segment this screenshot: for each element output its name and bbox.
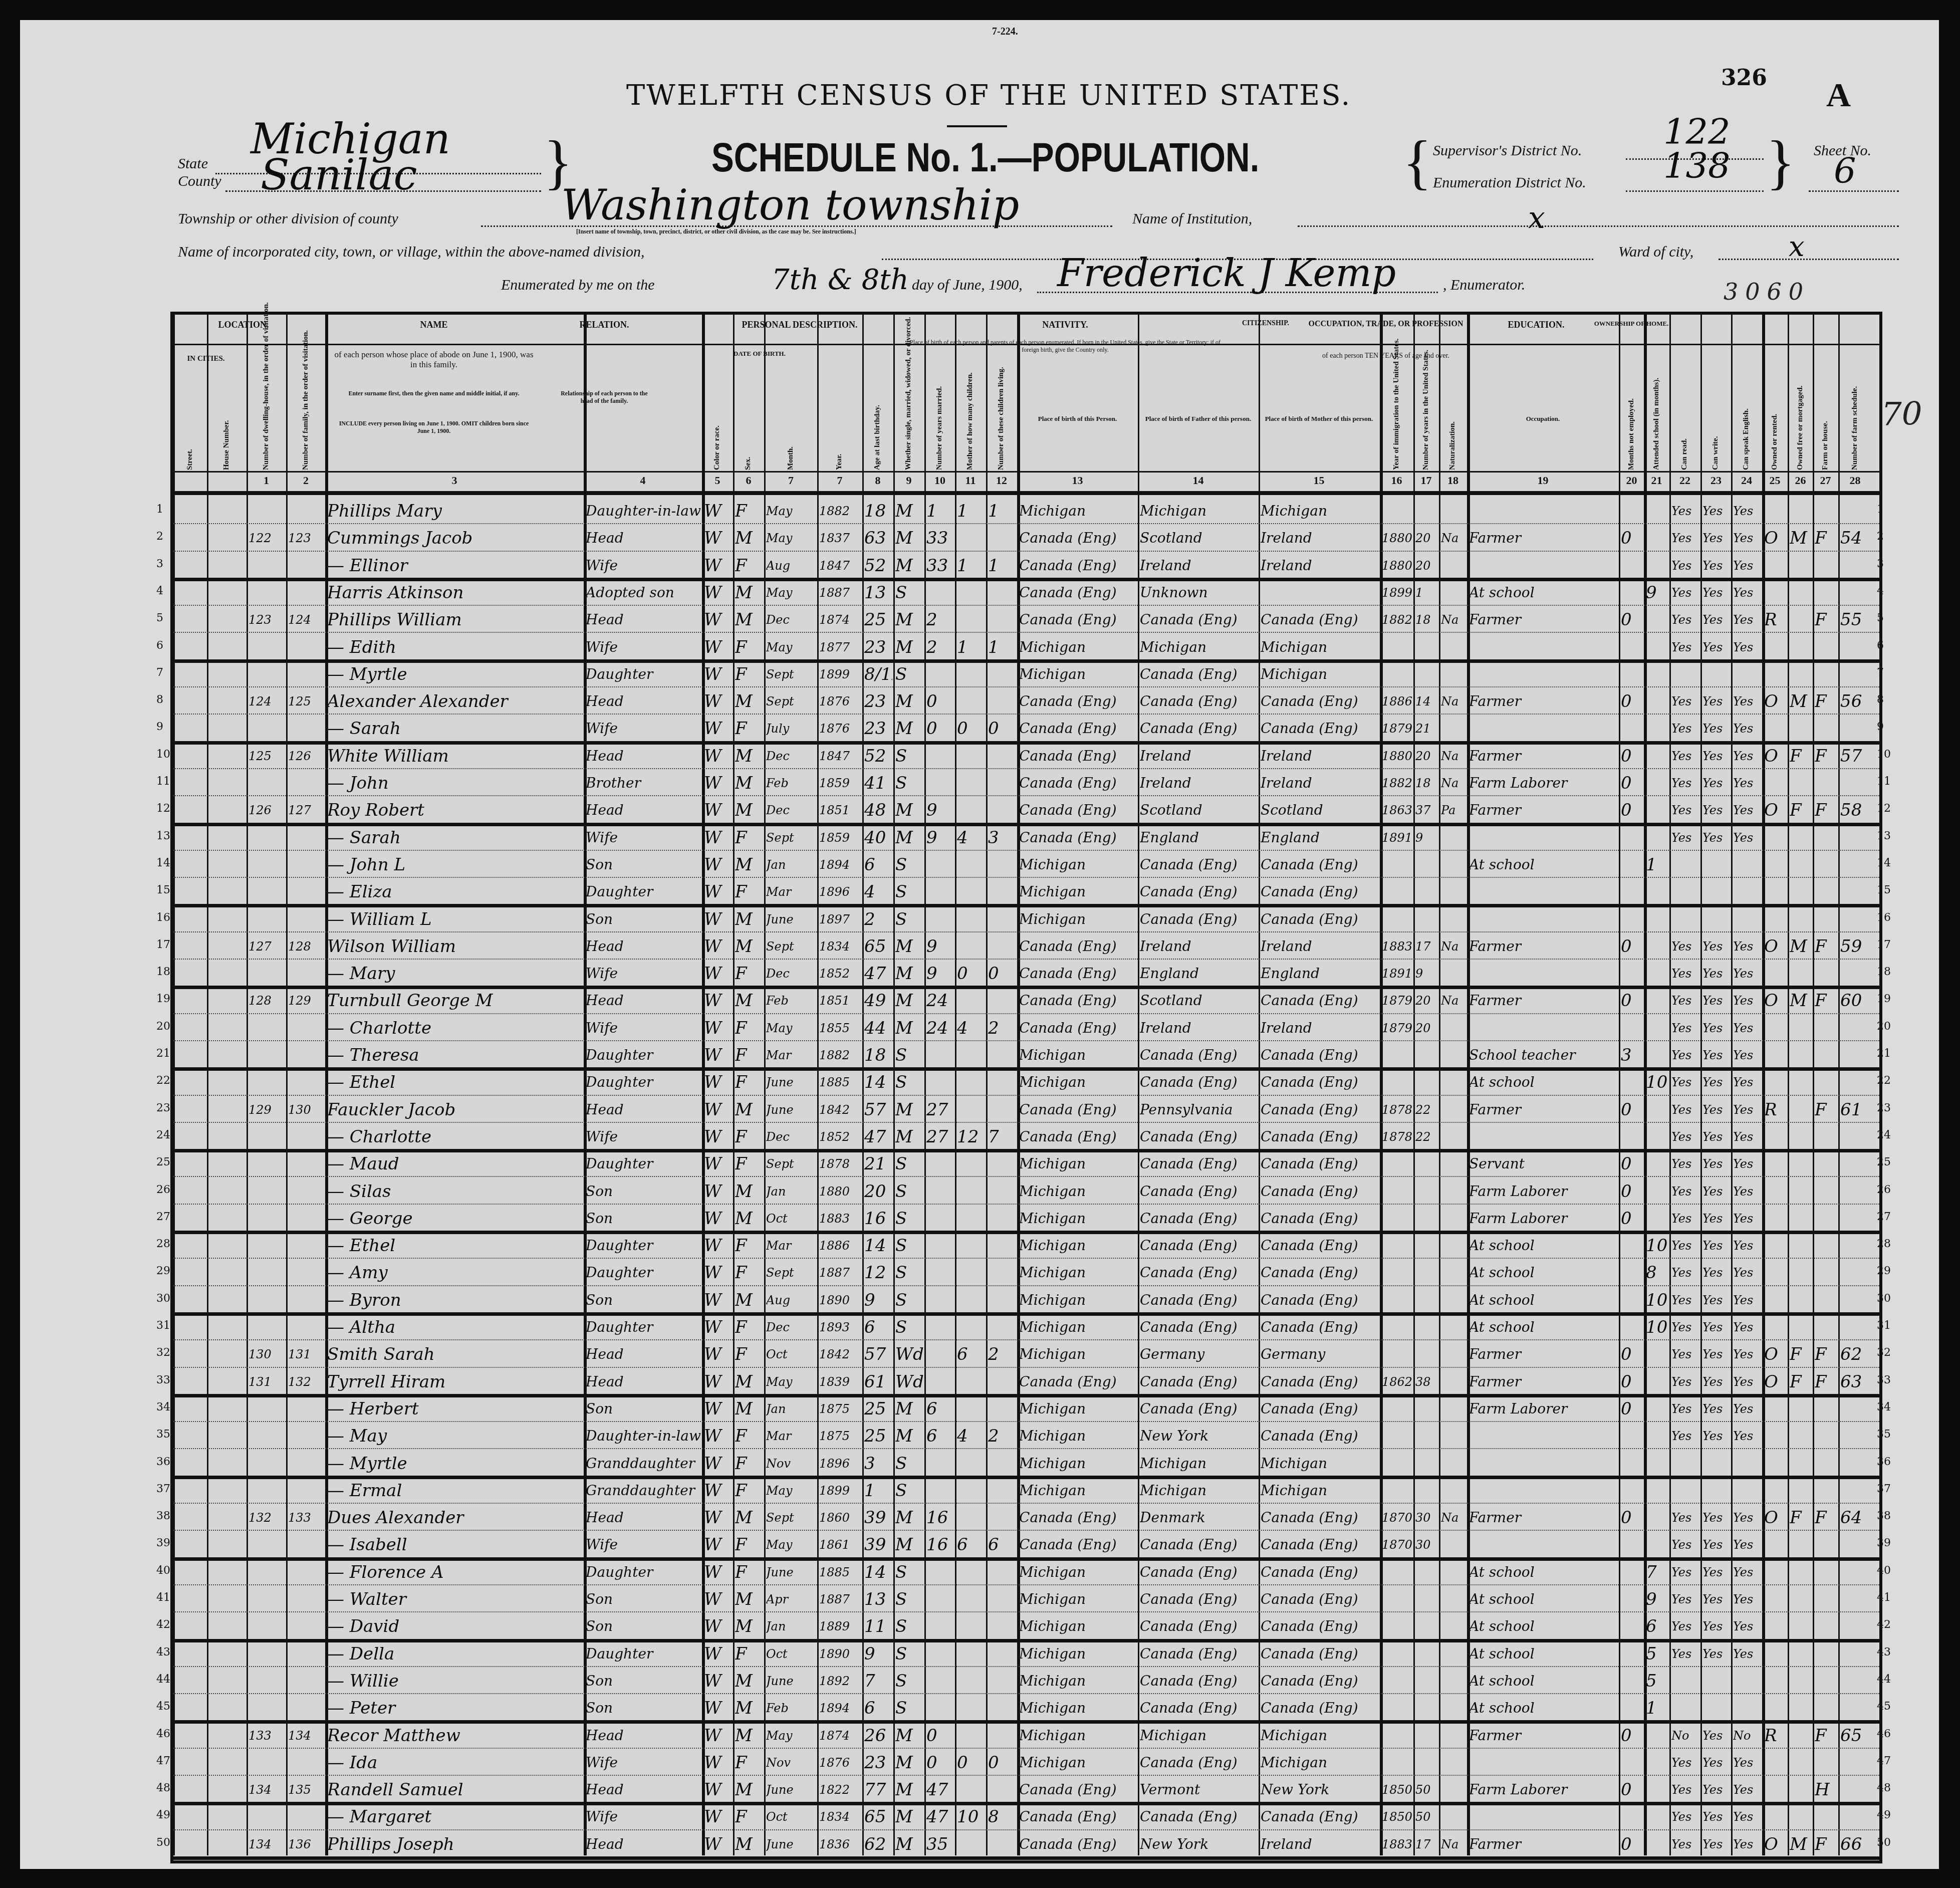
- cell-write: Yes: [1702, 525, 1731, 551]
- cell-eng: Yes: [1733, 1423, 1761, 1449]
- cell-rel: Head: [586, 797, 701, 823]
- cell-pob: Michigan: [1019, 1260, 1137, 1286]
- cell-year: 1851: [819, 797, 861, 823]
- cell-rel: Son: [586, 1586, 701, 1612]
- cell-year: 1887: [819, 580, 861, 606]
- cell-pob: Canada (Eng): [1019, 1505, 1137, 1531]
- cell-fpob: Canada (Eng): [1140, 1750, 1258, 1776]
- column-label-fpob: Place of birth of Father of this person.: [1138, 415, 1259, 423]
- cell-sex: F: [735, 1641, 763, 1667]
- cell-dw: 122: [249, 525, 285, 551]
- table-row: 2727— GeorgeSonWMOct188316SMichiganCanad…: [173, 1204, 1879, 1234]
- column-number: 16: [1380, 474, 1413, 487]
- cell-month: Jan: [766, 852, 817, 878]
- column-number: 17: [1413, 474, 1439, 487]
- cell-mpob: Michigan: [1261, 1451, 1378, 1477]
- cell-fpob: Pennsylvania: [1140, 1097, 1258, 1123]
- cell-sex: F: [735, 1559, 763, 1585]
- cell-ne: 0: [1621, 1723, 1643, 1749]
- cell-fpob: Ireland: [1140, 553, 1258, 579]
- cell-rel: Daughter: [586, 1314, 701, 1340]
- line-number: 38: [156, 1510, 170, 1522]
- cell-month: May: [766, 580, 817, 606]
- cell-mpob: England: [1261, 825, 1378, 851]
- cell-sex: M: [735, 1396, 763, 1422]
- cell-write: Yes: [1702, 580, 1731, 606]
- cell-farm: F: [1815, 1341, 1837, 1367]
- line-number-right: 20: [1877, 1020, 1891, 1033]
- cell-ms: M: [895, 1396, 923, 1422]
- cell-eng: Yes: [1733, 1314, 1761, 1340]
- cell-name: — Theresa: [327, 1042, 583, 1068]
- column-number: 8: [862, 474, 893, 487]
- cell-age: 25: [864, 607, 892, 633]
- cell-year: 1875: [819, 1423, 861, 1449]
- cell-read: Yes: [1671, 1750, 1699, 1776]
- cell-color: W: [704, 580, 732, 606]
- cell-month: June: [766, 1831, 817, 1857]
- cell-year: 1861: [819, 1532, 861, 1558]
- cell-fam: 131: [288, 1341, 325, 1367]
- cell-sex: M: [735, 525, 763, 551]
- column-label-eng: Can speak English.: [1742, 370, 1751, 470]
- cell-rel: Son: [586, 1178, 701, 1205]
- cell-sex: F: [735, 1124, 763, 1150]
- cell-rel: Daughter: [586, 661, 701, 687]
- cell-ym: 1: [926, 498, 954, 524]
- cell-read: Yes: [1671, 525, 1699, 551]
- cell-mpob: Canada (Eng): [1261, 1042, 1378, 1068]
- cell-sex: F: [735, 1451, 763, 1477]
- cell-pob: Canada (Eng): [1019, 1532, 1137, 1558]
- cell-ms: S: [895, 1178, 923, 1205]
- cell-fpob: Scotland: [1140, 525, 1258, 551]
- cell-pob: Canada (Eng): [1019, 688, 1137, 715]
- cell-color: W: [704, 1178, 732, 1205]
- line-number: 31: [156, 1319, 170, 1332]
- cell-ne: 0: [1621, 1831, 1643, 1857]
- cell-write: Yes: [1702, 1069, 1731, 1095]
- cell-imm: 1886: [1382, 688, 1412, 715]
- cell-cl: 1: [988, 553, 1016, 579]
- cell-write: Yes: [1702, 1178, 1731, 1205]
- cell-fpob: Canada (Eng): [1140, 1233, 1258, 1259]
- cell-name: — Mary: [327, 961, 583, 987]
- cell-name: — Peter: [327, 1695, 583, 1721]
- city-label: Name of incorporated city, town, or vill…: [178, 244, 645, 261]
- column-label-pob: Place of birth of this Person.: [1017, 415, 1138, 423]
- cell-imm: 1879: [1382, 1015, 1412, 1041]
- cell-pob: Canada (Eng): [1019, 1831, 1137, 1857]
- cell-name: — Amy: [327, 1260, 583, 1286]
- line-number-right: 4: [1877, 585, 1884, 597]
- cell-read: Yes: [1671, 1613, 1699, 1639]
- cell-year: 1890: [819, 1641, 861, 1667]
- cell-sex: M: [735, 1668, 763, 1694]
- cell-name: — Charlotte: [327, 1124, 583, 1150]
- table-row: 55123124Phillips WilliamHeadWMDec187425M…: [173, 605, 1879, 633]
- cell-mpob: Scotland: [1261, 797, 1378, 823]
- cell-color: W: [704, 1831, 732, 1857]
- cell-name: Harris Atkinson: [327, 580, 583, 606]
- table-row: 1818— MaryWifeWFDec185247M900Canada (Eng…: [173, 959, 1879, 989]
- line-number-right: 6: [1877, 639, 1884, 652]
- cell-sex: M: [735, 1777, 763, 1803]
- cell-occ: At school: [1469, 1559, 1618, 1585]
- cell-sch: 5: [1646, 1641, 1668, 1667]
- cell-ms: S: [895, 1641, 923, 1667]
- group-relation: RELATION.: [554, 320, 654, 330]
- cell-nat: Na: [1441, 525, 1466, 551]
- column-number: 15: [1259, 474, 1379, 487]
- cell-cl: 7: [988, 1124, 1016, 1150]
- line-number: 6: [156, 639, 163, 652]
- cell-color: W: [704, 1341, 732, 1367]
- column-label-street: Street.: [186, 370, 194, 470]
- cell-rel: Son: [586, 906, 701, 932]
- cell-color: W: [704, 1042, 732, 1068]
- cell-name: Dues Alexander: [327, 1505, 583, 1531]
- cell-year: 1859: [819, 770, 861, 796]
- cell-sex: M: [735, 1369, 763, 1395]
- cell-age: 16: [864, 1206, 892, 1232]
- cell-yus: 21: [1415, 716, 1438, 742]
- cell-write: Yes: [1702, 770, 1731, 796]
- column-number: 7: [817, 474, 862, 487]
- page-number: 326: [1721, 65, 1767, 91]
- cell-pob: Michigan: [1019, 1233, 1137, 1259]
- column-number: 19: [1467, 474, 1619, 487]
- cell-sch: 10: [1646, 1287, 1668, 1313]
- cell-sex: M: [735, 607, 763, 633]
- cell-month: Oct: [766, 1341, 817, 1367]
- cell-read: Yes: [1671, 716, 1699, 742]
- cell-farm: F: [1815, 1097, 1837, 1123]
- line-number: 32: [156, 1346, 170, 1359]
- cell-age: 52: [864, 553, 892, 579]
- line-number: 34: [156, 1401, 170, 1413]
- cell-name: — Silas: [327, 1178, 583, 1205]
- cell-color: W: [704, 906, 732, 932]
- cell-year: 1852: [819, 1124, 861, 1150]
- cell-imm: 1883: [1382, 1831, 1412, 1857]
- cell-name: — Herbert: [327, 1396, 583, 1422]
- cell-eng: Yes: [1733, 988, 1761, 1014]
- cell-nat: Na: [1441, 607, 1466, 633]
- cell-color: W: [704, 1423, 732, 1449]
- cell-ms: M: [895, 1532, 923, 1558]
- cell-fpob: Scotland: [1140, 797, 1258, 823]
- cell-rel: Granddaughter: [586, 1478, 701, 1504]
- column-label-month: Month.: [787, 370, 795, 470]
- cell-ym: 0: [926, 1750, 954, 1776]
- cell-pob: Michigan: [1019, 852, 1137, 878]
- cell-sex: M: [735, 797, 763, 823]
- column-number: 3: [325, 474, 584, 487]
- table-row: 4949— MargaretWifeWFOct183465M47108Canad…: [173, 1802, 1879, 1830]
- cell-pob: Michigan: [1019, 906, 1137, 932]
- cell-imm: 1878: [1382, 1124, 1412, 1150]
- cell-mpob: Michigan: [1261, 634, 1378, 660]
- cell-eng: Yes: [1733, 1097, 1761, 1123]
- cell-own: O: [1764, 743, 1787, 769]
- cell-own: O: [1764, 525, 1787, 551]
- cell-name: — Altha: [327, 1314, 583, 1340]
- cell-rel: Daughter-in-law: [586, 498, 701, 524]
- cell-fpob: Canada (Eng): [1140, 661, 1258, 687]
- table-row: 2828— EthelDaughterWFMar188614SMichiganC…: [173, 1231, 1879, 1259]
- cell-age: 23: [864, 634, 892, 660]
- institution-field-line: [1298, 225, 1899, 227]
- cell-month: May: [766, 1015, 817, 1041]
- cell-name: Cummings Jacob: [327, 525, 583, 551]
- enumerator-name: Frederick J Kemp: [1057, 251, 1396, 295]
- cell-color: W: [704, 1478, 732, 1504]
- cell-write: Yes: [1702, 797, 1731, 823]
- cell-eng: Yes: [1733, 1233, 1761, 1259]
- cell-fpob: Canada (Eng): [1140, 607, 1258, 633]
- cell-fpob: Michigan: [1140, 1478, 1258, 1504]
- line-number-right: 32: [1877, 1346, 1891, 1359]
- cell-read: Yes: [1671, 1233, 1699, 1259]
- title-divider: [947, 125, 1007, 127]
- cell-write: Yes: [1702, 1586, 1731, 1612]
- line-number: 33: [156, 1374, 170, 1386]
- cell-year: 1887: [819, 1260, 861, 1286]
- cell-ms: S: [895, 1695, 923, 1721]
- cell-ms: M: [895, 1804, 923, 1830]
- cell-name: Phillips William: [327, 607, 583, 633]
- line-number: 26: [156, 1184, 170, 1196]
- table-row: 4141— WalterSonWMApr188713SMichiganCanad…: [173, 1584, 1879, 1612]
- column-number: 10: [924, 474, 955, 487]
- cell-sex: M: [735, 933, 763, 960]
- cell-rel: Son: [586, 1396, 701, 1422]
- line-number-right: 33: [1877, 1374, 1891, 1386]
- cell-age: 6: [864, 1314, 892, 1340]
- cell-name: Alexander Alexander: [327, 688, 583, 715]
- line-number-right: 44: [1877, 1673, 1891, 1686]
- cell-occ: At school: [1469, 1314, 1618, 1340]
- cell-eng: Yes: [1733, 1287, 1761, 1313]
- column-number: 21: [1644, 474, 1669, 487]
- line-number: 39: [156, 1537, 170, 1549]
- cell-age: 48: [864, 797, 892, 823]
- cell-mort: F: [1790, 1505, 1812, 1531]
- cell-write: Yes: [1702, 988, 1731, 1014]
- cell-rel: Daughter: [586, 1260, 701, 1286]
- cell-yus: 30: [1415, 1505, 1438, 1531]
- cell-mpob: Canada (Eng): [1261, 1559, 1378, 1585]
- cell-write: Yes: [1702, 1097, 1731, 1123]
- cell-sex: F: [735, 553, 763, 579]
- cell-cl: 2: [988, 1423, 1016, 1449]
- cell-pob: Canada (Eng): [1019, 525, 1137, 551]
- cell-sex: M: [735, 1695, 763, 1721]
- line-number: 13: [156, 830, 170, 842]
- cell-pob: Michigan: [1019, 1423, 1137, 1449]
- cell-read: Yes: [1671, 1097, 1699, 1123]
- table-row: 1616— William LSonWMJune18972SMichiganCa…: [173, 904, 1879, 932]
- cell-age: 23: [864, 1750, 892, 1776]
- cell-eng: Yes: [1733, 1151, 1761, 1177]
- line-number: 35: [156, 1428, 170, 1441]
- cell-year: 1847: [819, 743, 861, 769]
- cell-mpob: Michigan: [1261, 498, 1378, 524]
- cell-sex: F: [735, 1423, 763, 1449]
- cell-ms: S: [895, 1069, 923, 1095]
- cell-rel: Son: [586, 1695, 701, 1721]
- cell-year: 1876: [819, 716, 861, 742]
- cell-color: W: [704, 1750, 732, 1776]
- cell-yus: 9: [1415, 825, 1438, 851]
- cell-imm: 1880: [1382, 553, 1412, 579]
- cell-fam: 133: [288, 1505, 325, 1531]
- cell-sex: M: [735, 1586, 763, 1612]
- cell-ms: S: [895, 1586, 923, 1612]
- cell-month: June: [766, 1777, 817, 1803]
- cell-ms: S: [895, 661, 923, 687]
- cell-ym: 35: [926, 1831, 954, 1857]
- cell-own: O: [1764, 1341, 1787, 1367]
- cell-read: Yes: [1671, 1260, 1699, 1286]
- cell-year: 1899: [819, 1478, 861, 1504]
- cell-write: Yes: [1702, 1015, 1731, 1041]
- name-instruction-2: INCLUDE every person living on June 1, 1…: [334, 420, 534, 435]
- line-number-right: 3: [1877, 558, 1884, 570]
- cell-nat: Na: [1441, 1505, 1466, 1531]
- cell-fam: 132: [288, 1369, 325, 1395]
- cell-name: — Eliza: [327, 879, 583, 905]
- cell-pob: Michigan: [1019, 1723, 1137, 1749]
- cell-name: — Myrtle: [327, 661, 583, 687]
- cell-name: — Walter: [327, 1586, 583, 1612]
- cell-fs: 56: [1840, 688, 1871, 715]
- cell-fs: 63: [1840, 1369, 1871, 1395]
- cell-mc: 10: [957, 1804, 985, 1830]
- cell-pob: Canada (Eng): [1019, 716, 1137, 742]
- cell-age: 39: [864, 1532, 892, 1558]
- cell-name: — Byron: [327, 1287, 583, 1313]
- cell-year: 1847: [819, 553, 861, 579]
- cell-occ: Farmer: [1469, 933, 1618, 960]
- group-personal-description: PERSONAL DESCRIPTION.: [659, 320, 940, 330]
- cell-fam: 123: [288, 525, 325, 551]
- cell-ms: M: [895, 1831, 923, 1857]
- cell-month: Dec: [766, 607, 817, 633]
- cell-ym: 6: [926, 1423, 954, 1449]
- line-number-right: 10: [1877, 748, 1891, 761]
- cell-dw: 133: [249, 1723, 285, 1749]
- column-number: 28: [1838, 474, 1872, 487]
- cell-color: W: [704, 1287, 732, 1313]
- column-number: 2: [286, 474, 326, 487]
- cell-ms: S: [895, 906, 923, 932]
- cell-write: Yes: [1702, 1369, 1731, 1395]
- cell-farm: F: [1815, 1505, 1837, 1531]
- cell-ms: M: [895, 607, 923, 633]
- table-row: 4242— DavidSonWMJan188911SMichiganCanada…: [173, 1611, 1879, 1642]
- cell-sex: F: [735, 1532, 763, 1558]
- cell-year: 1834: [819, 1804, 861, 1830]
- line-number: 7: [156, 666, 163, 679]
- cell-year: 1851: [819, 988, 861, 1014]
- cell-occ: Farmer: [1469, 1723, 1618, 1749]
- cell-eng: Yes: [1733, 1777, 1761, 1803]
- cell-age: 6: [864, 1695, 892, 1721]
- table-row: 1212126127Roy RobertHeadWMDec185148M9Can…: [173, 795, 1879, 826]
- cell-eng: Yes: [1733, 1178, 1761, 1205]
- cell-rel: Daughter-in-law: [586, 1423, 701, 1449]
- cell-write: Yes: [1702, 1505, 1731, 1531]
- cell-fpob: Unknown: [1140, 580, 1258, 606]
- cell-rel: Head: [586, 1505, 701, 1531]
- cell-mpob: Canada (Eng): [1261, 1505, 1378, 1531]
- cell-read: Yes: [1671, 1206, 1699, 1232]
- cell-rel: Wife: [586, 1532, 701, 1558]
- page-letter: A: [1826, 75, 1851, 115]
- cell-ne: 0: [1621, 988, 1643, 1014]
- cell-rel: Wife: [586, 825, 701, 851]
- cell-sex: M: [735, 852, 763, 878]
- cell-name: — Sarah: [327, 825, 583, 851]
- cell-age: 23: [864, 688, 892, 715]
- cell-ms: M: [895, 797, 923, 823]
- cell-color: W: [704, 1124, 732, 1150]
- cell-dw: 134: [249, 1777, 285, 1803]
- line-number: 49: [156, 1809, 170, 1821]
- cell-mpob: Germany: [1261, 1341, 1378, 1367]
- column-label-fs: Number of farm schedule.: [1851, 370, 1859, 470]
- cell-sch: 8: [1646, 1260, 1668, 1286]
- cell-occ: Farmer: [1469, 688, 1618, 715]
- cell-eng: Yes: [1733, 1069, 1761, 1095]
- cell-read: Yes: [1671, 988, 1699, 1014]
- cell-age: 47: [864, 961, 892, 987]
- cell-ms: S: [895, 770, 923, 796]
- township-label: Township or other division of county: [178, 210, 398, 227]
- cell-eng: Yes: [1733, 525, 1761, 551]
- line-number: 12: [156, 802, 170, 815]
- cell-ms: S: [895, 1151, 923, 1177]
- cell-ne: 0: [1621, 1777, 1643, 1803]
- cell-eng: Yes: [1733, 1206, 1761, 1232]
- cell-month: Jan: [766, 1396, 817, 1422]
- cell-mpob: Canada (Eng): [1261, 1314, 1378, 1340]
- header-rule: [173, 491, 1879, 495]
- line-number-right: 28: [1877, 1238, 1891, 1250]
- cell-yus: 20: [1415, 553, 1438, 579]
- cell-name: — Margaret: [327, 1804, 583, 1830]
- cell-pob: Canada (Eng): [1019, 1777, 1137, 1803]
- cell-mpob: Michigan: [1261, 1478, 1378, 1504]
- cell-year: 1859: [819, 825, 861, 851]
- cell-color: W: [704, 1777, 732, 1803]
- cell-ms: M: [895, 1097, 923, 1123]
- line-number-right: 15: [1877, 884, 1891, 896]
- cell-rel: Brother: [586, 770, 701, 796]
- cell-read: Yes: [1671, 1151, 1699, 1177]
- cell-nat: Na: [1441, 688, 1466, 715]
- cell-eng: Yes: [1733, 1015, 1761, 1041]
- cell-name: Turnbull George M: [327, 988, 583, 1014]
- cell-read: No: [1671, 1723, 1699, 1749]
- cell-yus: 18: [1415, 607, 1438, 633]
- cell-ne: 0: [1621, 933, 1643, 960]
- cell-eng: Yes: [1733, 961, 1761, 987]
- cell-occ: At school: [1469, 1260, 1618, 1286]
- cell-read: Yes: [1671, 743, 1699, 769]
